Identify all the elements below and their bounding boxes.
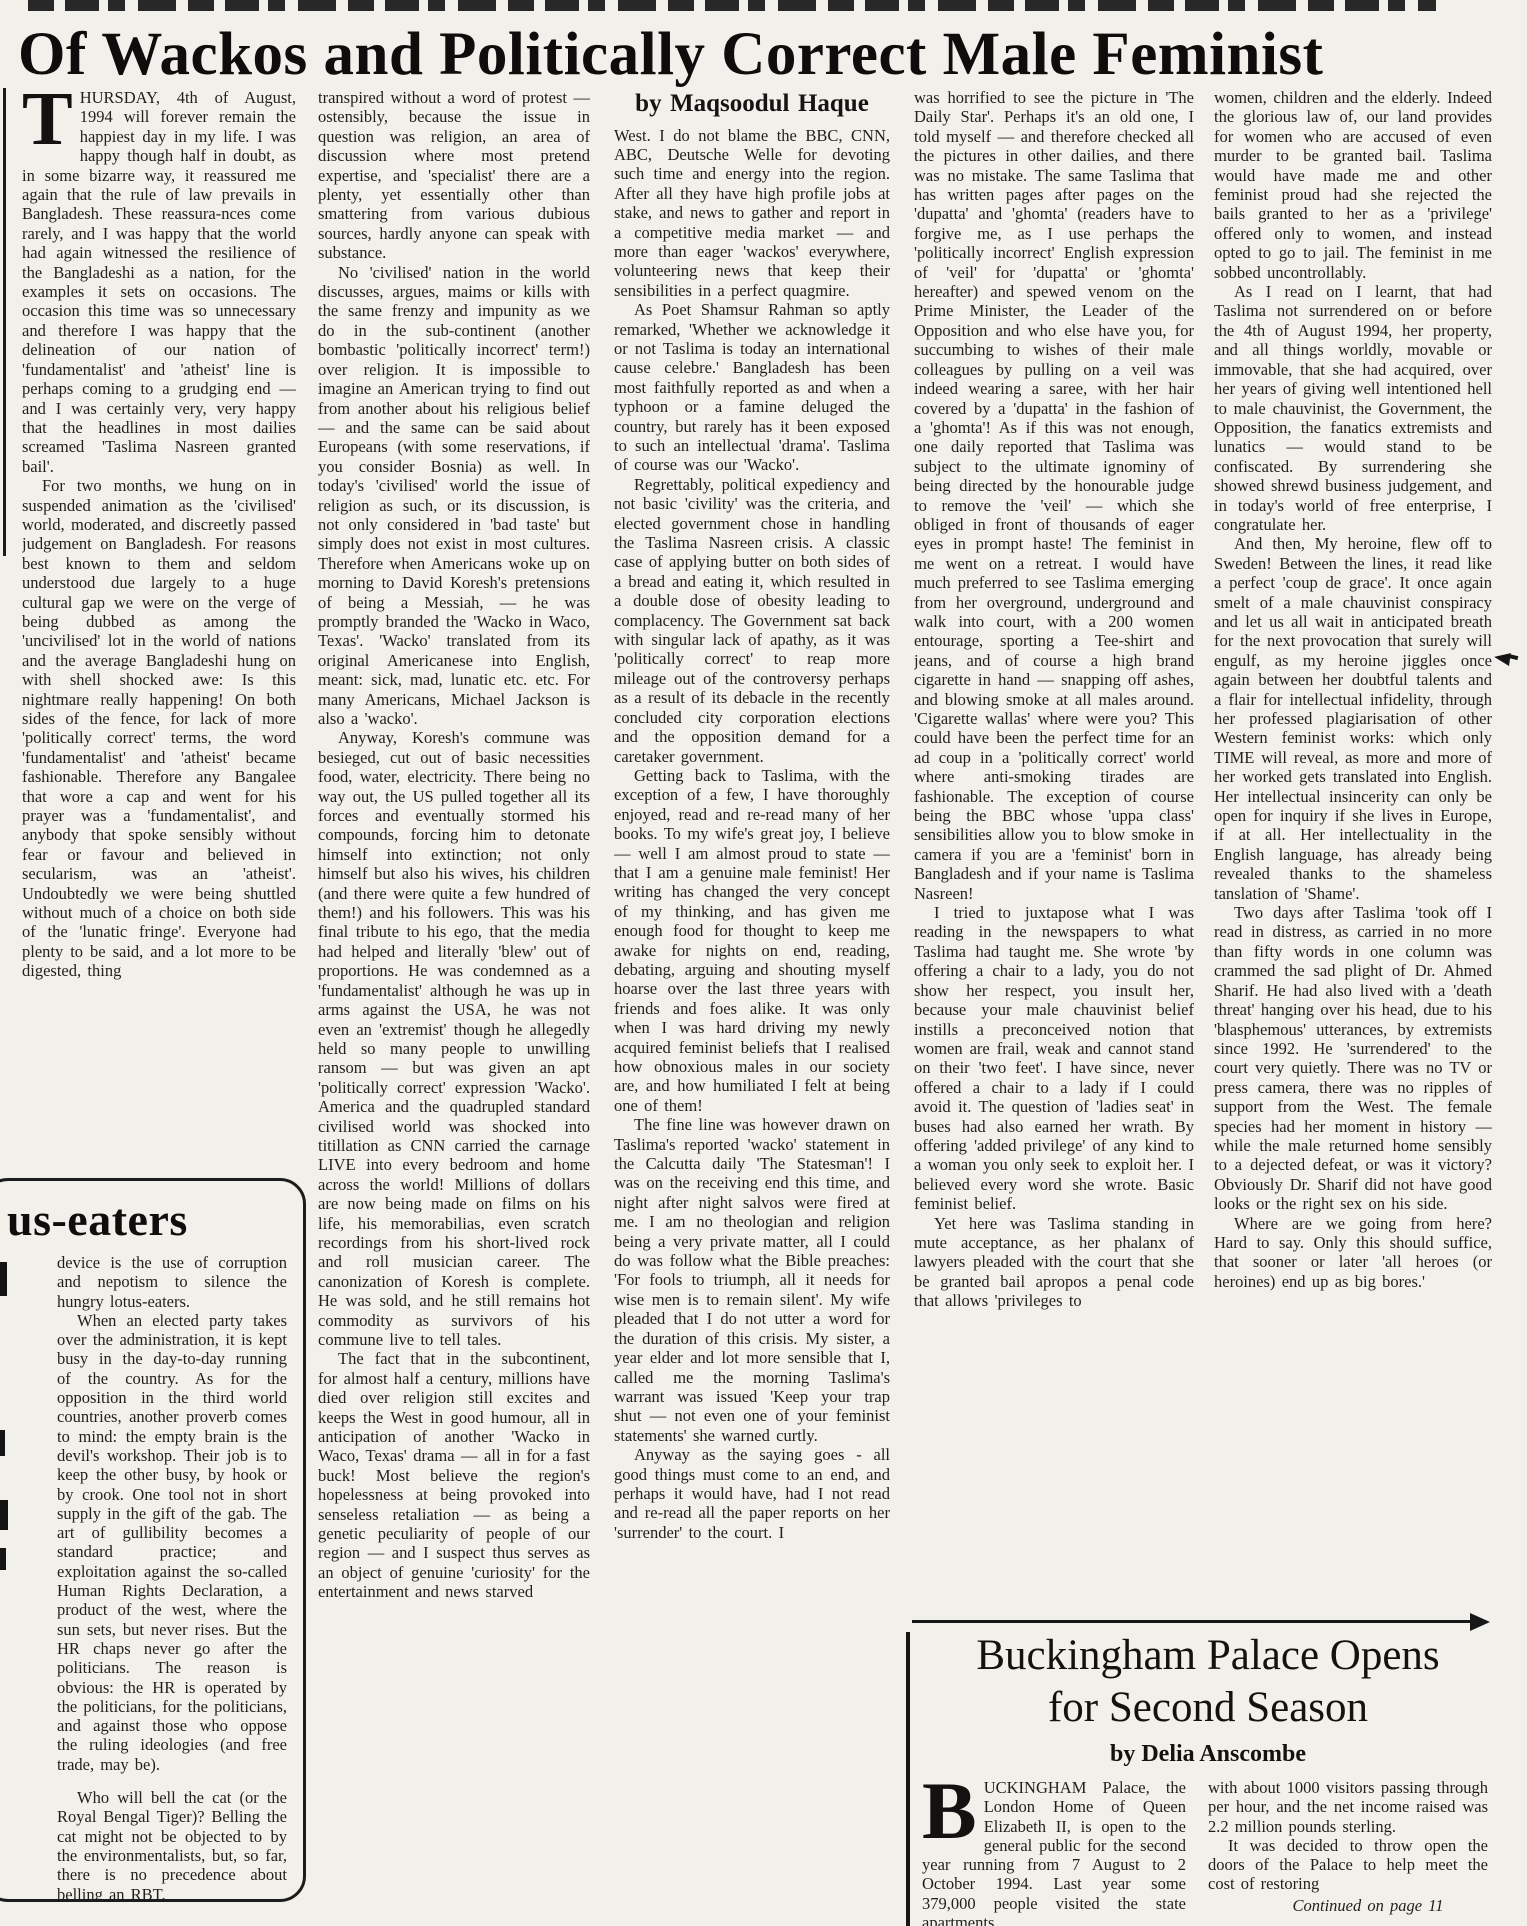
article-byline: by Maqsoodul Haque <box>614 90 890 118</box>
paragraph: When an elected party takes over the adm… <box>57 1311 287 1774</box>
ink-mark <box>0 1548 6 1570</box>
paragraph: transpired without a word of protest — o… <box>318 88 590 263</box>
paragraph: Yet here was Taslima standing in mute ac… <box>914 1214 1194 1311</box>
sidebar-headline: us-eaters <box>7 1197 303 1243</box>
section-divider-rule <box>912 1620 1478 1623</box>
paragraph: As Poet Shamsur Rahman so aptly remarked… <box>614 300 890 475</box>
ink-mark <box>0 1262 7 1296</box>
cut-off-masthead-strip <box>28 0 1436 11</box>
paragraph: No 'civilised' nation in the world discu… <box>318 263 590 729</box>
left-margin-rule <box>3 88 6 556</box>
paragraph: with about 1000 visitors passing through… <box>1208 1778 1488 1836</box>
paragraph: Two days after Taslima 'took off I read … <box>1214 903 1492 1214</box>
paragraph: Anyway, Koresh's commune was besieged, c… <box>318 728 590 1349</box>
paragraph: BUCKINGHAM Palace, the London Home of Qu… <box>922 1778 1186 1926</box>
paragraph: Getting back to Taslima, with the except… <box>614 766 890 1115</box>
paragraph: And then, My heroine, flew off to Sweden… <box>1214 534 1492 903</box>
article-column-2: transpired without a word of protest — o… <box>318 88 590 1922</box>
palace-headline-line2: for Second Season <box>922 1682 1494 1734</box>
article-column-1: THURSDAY, 4th of August, 1994 will forev… <box>22 88 296 1168</box>
paragraph: The fine line was however drawn on Tasli… <box>614 1115 890 1445</box>
article-column-5: women, children and the elderly. Indeed … <box>1214 88 1492 1618</box>
paragraph: The fact that in the subcontinent, for a… <box>318 1349 590 1601</box>
paragraph: Who will bell the cat (or the Royal Beng… <box>57 1788 287 1902</box>
paragraph: THURSDAY, 4th of August, 1994 will forev… <box>22 88 296 476</box>
ink-mark <box>0 1500 8 1530</box>
article-column-3: by Maqsoodul Haque West. I do not blame … <box>614 88 890 1922</box>
palace-column-2-text: with about 1000 visitors passing through… <box>1208 1778 1488 1894</box>
palace-byline: by Delia Anscombe <box>922 1741 1494 1768</box>
palace-article: Buckingham Palace Opens for Second Seaso… <box>922 1630 1494 1926</box>
newspaper-page: Of Wackos and Politically Correct Male F… <box>0 0 1527 1926</box>
paragraph: Anyway as the saying goes - all good thi… <box>614 1445 890 1542</box>
paragraph: West. I do not blame the BBC, CNN, ABC, … <box>614 126 890 301</box>
ink-mark <box>0 1430 5 1456</box>
paragraph: was horrified to see the picture in 'The… <box>914 88 1194 903</box>
paragraph: For two months, we hung on in suspended … <box>22 476 296 981</box>
sidebar-body: device is the use of corruption and nepo… <box>0 1253 303 1902</box>
paragraph: device is the use of corruption and nepo… <box>57 1253 287 1311</box>
palace-column-1: BUCKINGHAM Palace, the London Home of Qu… <box>922 1778 1186 1926</box>
paragraph: It was decided to throw open the doors o… <box>1208 1836 1488 1894</box>
article-column-4: was horrified to see the picture in 'The… <box>914 88 1194 1606</box>
palace-column-2: with about 1000 visitors passing through… <box>1208 1778 1488 1926</box>
paragraph: As I read on I learnt, that had Taslima … <box>1214 282 1492 534</box>
boxed-sidebar-article: us-eaters device is the use of corruptio… <box>0 1178 306 1902</box>
paragraph: Regrettably, political expediency and no… <box>614 475 890 766</box>
article-column-3-text: West. I do not blame the BBC, CNN, ABC, … <box>614 126 890 1543</box>
paragraph: women, children and the elderly. Indeed … <box>1214 88 1492 282</box>
drop-cap: T <box>22 88 80 148</box>
drop-cap: B <box>922 1778 984 1841</box>
paragraph: Where are we going from here? Hard to sa… <box>1214 1214 1492 1292</box>
continuation-note: Continued on page 11 <box>1208 1896 1488 1915</box>
palace-left-rule <box>906 1632 910 1926</box>
palace-headline-line1: Buckingham Palace Opens <box>922 1630 1494 1682</box>
main-headline: Of Wackos and Politically Correct Male F… <box>18 20 1518 90</box>
divider-arrowhead-icon <box>1470 1613 1490 1631</box>
paragraph: I tried to juxtapose what I was reading … <box>914 903 1194 1214</box>
